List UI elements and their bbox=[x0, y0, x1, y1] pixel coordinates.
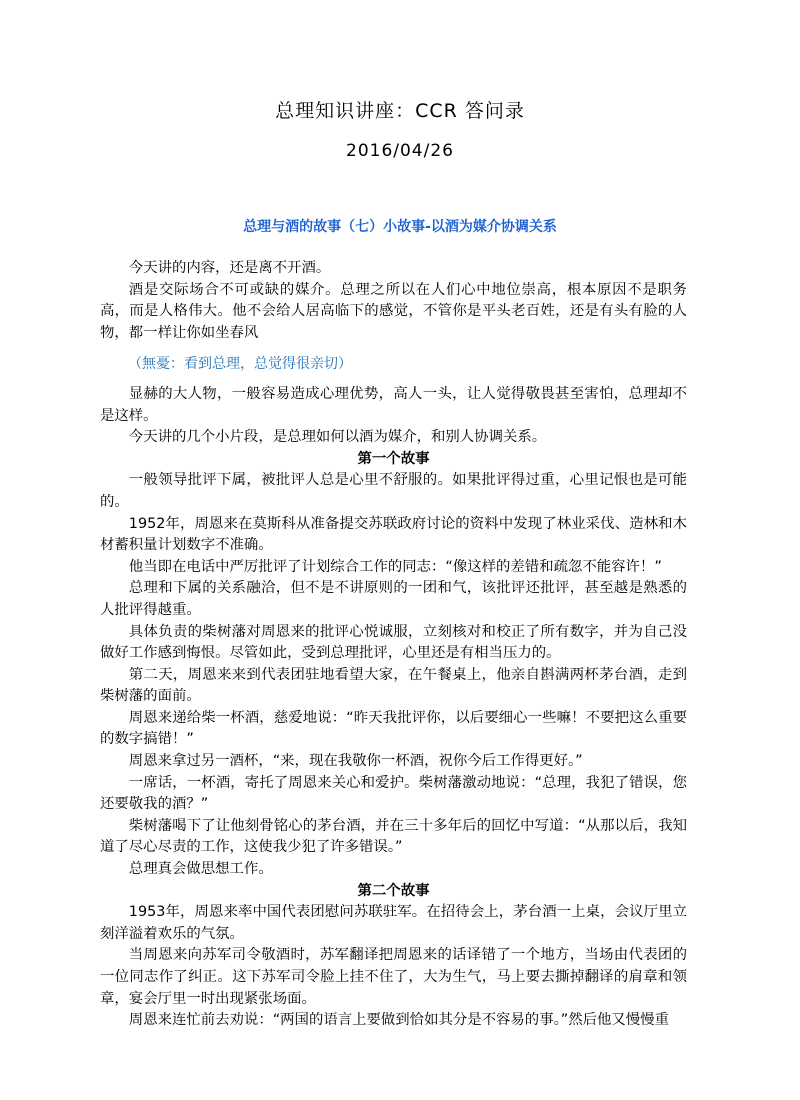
article-body: 今天讲的内容，还是离不开酒。 酒是交际场合不可或缺的媒介。总理之所以在人们心中地… bbox=[100, 258, 687, 1032]
paragraph: 今天讲的几个小片段，是总理如何以酒为媒介，和别人协调关系。 bbox=[100, 427, 687, 449]
editor-note: （無憂：看到总理，总觉得很亲切） bbox=[100, 354, 687, 376]
document-page: 总理知识讲座：CCR 答问录 2016/04/26 总理与酒的故事（七）小故事-… bbox=[0, 0, 800, 1100]
paragraph: 总理真会做思想工作。 bbox=[100, 859, 687, 881]
paragraph: 柴树藩喝下了让他刻骨铭心的茅台酒，并在三十多年后的回忆中写道：“从那以后，我知道… bbox=[100, 816, 687, 859]
paragraph: 一般领导批评下属，被批评人总是心里不舒服的。如果批评得过重，心里记恨也是可能的。 bbox=[100, 470, 687, 513]
paragraph: 总理和下属的关系融洽，但不是不讲原则的一团和气，该批评还批评，甚至越是熟悉的人批… bbox=[100, 578, 687, 621]
story-heading: 第二个故事 bbox=[100, 881, 687, 903]
paragraph: 当周恩来向苏军司令敬酒时，苏军翻译把周恩来的话译错了一个地方，当场由代表团的一位… bbox=[100, 945, 687, 1010]
paragraph: 周恩来连忙前去劝说：“两国的语言上要做到恰如其分是不容易的事。”然后他又慢慢重 bbox=[100, 1010, 687, 1032]
document-date: 2016/04/26 bbox=[0, 141, 800, 161]
article-subtitle: 总理与酒的故事（七）小故事-以酒为媒介协调关系 bbox=[0, 216, 800, 236]
paragraph: 一席话，一杯酒，寄托了周恩来关心和爱护。柴树藩激动地说：“总理，我犯了错误，您还… bbox=[100, 773, 687, 816]
paragraph: 第二天，周恩来来到代表团驻地看望大家，在午餐桌上，他亲自斟满两杯茅台酒，走到柴树… bbox=[100, 665, 687, 708]
paragraph: 周恩来递给柴一杯酒，慈爱地说：“昨天我批评你，以后要细心一些嘛！不要把这么重要的… bbox=[100, 708, 687, 751]
paragraph: 具体负责的柴树藩对周恩来的批评心悦诚服，立刻核对和校正了所有数字，并为自己没做好… bbox=[100, 622, 687, 665]
paragraph: 显赫的大人物，一般容易造成心理优势，高人一头，让人觉得敬畏甚至害怕，总理却不是这… bbox=[100, 384, 687, 427]
document-title: 总理知识讲座：CCR 答问录 bbox=[0, 96, 800, 123]
story-heading: 第一个故事 bbox=[100, 449, 687, 471]
paragraph: 1952年，周恩来在莫斯科从准备提交苏联政府讨论的资料中发现了林业采伐、造林和木… bbox=[100, 514, 687, 557]
paragraph: 酒是交际场合不可或缺的媒介。总理之所以在人们心中地位崇高，根本原因不是职务高，而… bbox=[100, 280, 687, 345]
paragraph: 今天讲的内容，还是离不开酒。 bbox=[100, 258, 687, 280]
paragraph: 周恩来拿过另一酒杯，“来，现在我敬你一杯酒，祝你今后工作得更好。” bbox=[100, 751, 687, 773]
paragraph: 1953年，周恩来率中国代表团慰问苏联驻军。在招待会上，茅台酒一上桌，会议厅里立… bbox=[100, 902, 687, 945]
paragraph: 他当即在电话中严厉批评了计划综合工作的同志：“像这样的差错和疏忽不能容许！” bbox=[100, 557, 687, 579]
